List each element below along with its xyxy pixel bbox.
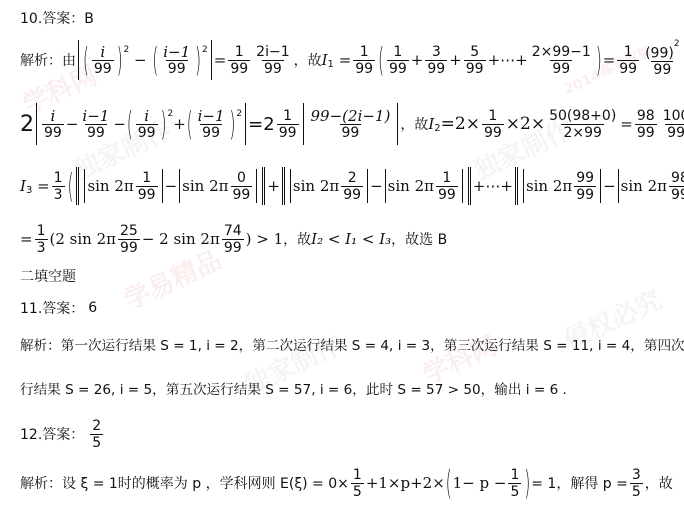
fraction: 13 bbox=[35, 223, 48, 256]
q12-answer-fraction: 25 bbox=[90, 418, 103, 451]
fraction: 50(98+0)2×99 bbox=[547, 108, 618, 141]
abs-expression: ( i99 )2 − ( i−199 )2 bbox=[78, 40, 212, 80]
q11-answer-label: 11.答案： bbox=[20, 298, 84, 318]
q12-solution-line: 解析：设 ξ = 1时的概率为 p ，学科网则 E(ξ) = 0× 15 +1×… bbox=[20, 458, 673, 508]
fraction: i−199 bbox=[80, 108, 111, 141]
text: ，故 bbox=[400, 114, 428, 134]
fraction: i99 bbox=[42, 108, 64, 141]
q10-solution-line-3: I3 = 13 ( sin 2π199 − sin 2π099 + sin 2π… bbox=[20, 162, 684, 210]
fraction: 13 bbox=[52, 170, 65, 203]
abs-expression: 99−(2i−1)99 bbox=[303, 103, 399, 145]
abs-term: sin 2π199 − sin 2π099 bbox=[76, 167, 265, 205]
q12-heading: 12.答案： 25 bbox=[20, 412, 105, 456]
abs-term: sin 2π9999 − sin 2π9899 bbox=[515, 167, 684, 205]
fraction: 399 bbox=[425, 44, 447, 77]
text: 解析：设 ξ = 1时的概率为 p ，学科网则 E(ξ) = 0× bbox=[20, 473, 349, 493]
text: 由 bbox=[62, 50, 76, 70]
q10-heading: 10.答案：B bbox=[20, 8, 94, 28]
q11-heading: 11.答案： 6 bbox=[20, 298, 97, 318]
text: ，故 bbox=[283, 229, 311, 249]
fraction: 199 bbox=[617, 44, 639, 77]
fraction: 199 bbox=[277, 108, 299, 141]
text: 解析：第一次运行结果 S = 1, i = 2，第二次运行结果 S = 4, i… bbox=[20, 334, 684, 354]
fraction: 9899 bbox=[635, 108, 657, 141]
section-title: 二填空题 bbox=[20, 266, 76, 286]
fraction: i−199 bbox=[196, 108, 227, 141]
q11-answer-value: 6 bbox=[88, 300, 97, 316]
fraction: 99−(2i−1)99 bbox=[309, 108, 393, 141]
q10-solution-line-1: 解析： 由 ( i99 )2 − ( i−199 )2 = 199 2i−199… bbox=[20, 35, 684, 85]
q10-answer-label: 10.答案：B bbox=[20, 8, 94, 28]
fraction: 2×99−199 bbox=[530, 44, 593, 77]
text: ，故 bbox=[294, 50, 322, 70]
fraction: 199 bbox=[353, 44, 375, 77]
fraction: i99 bbox=[136, 108, 158, 141]
abs-term: sin 2π299 − sin 2π199 bbox=[282, 167, 471, 205]
fraction: 199 bbox=[228, 44, 250, 77]
fraction: 10099 bbox=[661, 108, 684, 141]
q11-solution-line-2: 行结果 S = 26, i = 5，第五次运行结果 S = 57, i = 6，… bbox=[20, 378, 567, 398]
fraction: 2i−199 bbox=[254, 44, 291, 77]
conclusion: ，故选 B bbox=[391, 229, 447, 249]
q11-solution-line-1: 解析：第一次运行结果 S = 1, i = 2，第二次运行结果 S = 4, i… bbox=[20, 334, 684, 354]
section-title-text: 二填空题 bbox=[20, 266, 76, 286]
analysis-label: 解析： bbox=[20, 50, 62, 70]
fraction: 199 bbox=[482, 108, 504, 141]
fraction: i99 bbox=[92, 44, 114, 77]
fraction: 15 bbox=[351, 467, 364, 500]
text: 行结果 S = 26, i = 5，第五次运行结果 S = 57, i = 6，… bbox=[20, 378, 567, 398]
fraction: 7499 bbox=[222, 223, 244, 256]
fraction: 2599 bbox=[118, 223, 140, 256]
text: ，故 bbox=[645, 473, 673, 493]
fraction: i−199 bbox=[161, 44, 192, 77]
abs-expression: i99 − i−199 − ( i99 )2 + ( i−199 )2 bbox=[36, 103, 246, 145]
fraction: 35 bbox=[630, 467, 643, 500]
fraction: 599 bbox=[464, 44, 486, 77]
q10-solution-line-2: 2 i99 − i−199 − ( i99 )2 + ( i−199 )2 =2… bbox=[20, 98, 684, 150]
text: = 1，解得 p = bbox=[531, 473, 628, 493]
q12-answer-label: 12.答案： bbox=[20, 424, 84, 444]
q10-solution-line-4: = 13 (2 sin 2π 2599 − 2 sin 2π 7499 ) > … bbox=[20, 216, 447, 262]
fraction: 199 bbox=[387, 44, 409, 77]
fraction: (99)299 bbox=[643, 42, 681, 79]
fraction: 15 bbox=[508, 467, 521, 500]
